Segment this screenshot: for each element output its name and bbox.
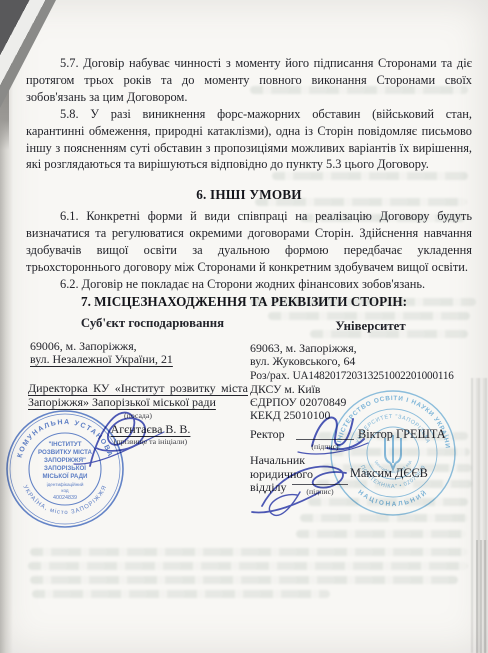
tryzub-icon xyxy=(385,435,401,469)
contract-body: 5.7. Договір набуває чинності з моменту … xyxy=(26,55,472,293)
clause-6-1: 6.1. Конкретні форми й види співпраці на… xyxy=(26,208,472,276)
svg-text:НАЦІОНАЛЬНИЙ: НАЦІОНАЛЬНИЙ xyxy=(357,487,430,508)
left-stamp-line5: МІСЬКОЇ РАДИ xyxy=(43,473,88,480)
right-stamp-ring-bottom: НАЦІОНАЛЬНИЙ xyxy=(357,487,430,508)
left-stamp-line2: РОЗВИТКУ МІСТА xyxy=(38,449,93,456)
right-address-line1: 69063, м. Запоріжжя, xyxy=(250,342,357,355)
section-6-heading: 6. ІНШІ УМОВИ xyxy=(26,187,472,203)
iban-value: UA148201720313251002201000116 xyxy=(293,370,454,382)
right-party-address: 69063, м. Запоріжжя, вул. Жуковського, 6… xyxy=(250,342,357,369)
section-7-heading: 7. МІСЦЕЗНАХОДЖЕННЯ ТА РЕКВІЗИТИ СТОРІН: xyxy=(0,294,488,310)
left-party-title: Суб'єкт господарювання xyxy=(55,316,250,331)
left-address-line1: 69006, м. Запоріжжя, xyxy=(30,340,173,353)
clause-5-7: 5.7. Договір набуває чинності з моменту … xyxy=(26,55,472,106)
kekd-code: КЕКД 25010100 xyxy=(250,409,330,422)
account-label: Роз/рах. xyxy=(250,369,290,382)
left-party-address: 69006, м. Запоріжжя, вул. Незалежної Укр… xyxy=(30,340,173,367)
rector-label: Ректор xyxy=(250,428,285,442)
municipal-institute-stamp: КОМУНАЛЬНА УСТАНОВА УКРАЇНА, місто ЗАПОР… xyxy=(2,406,128,532)
clause-5-8: 5.8. У разі виникнення форс-мажорних обс… xyxy=(26,106,472,174)
university-stamp: МІНІСТЕРСТВО ОСВІТИ І НАУКИ УКРАЇНИ НАЦІ… xyxy=(327,387,459,519)
clause-6-2: 6.2. Договір не покладає на Сторони жодн… xyxy=(26,276,472,293)
left-stamp-line3: ЗАПОРІЖЖЯ" xyxy=(44,457,86,464)
right-party-title: Університет xyxy=(288,319,453,334)
right-address-line2: вул. Жуковського, 64 xyxy=(250,355,357,368)
left-stamp-line6: ідентифікаційний xyxy=(47,481,84,487)
left-stamp-line7: код xyxy=(61,488,69,493)
left-stamp-code: 40024839 xyxy=(53,495,77,501)
left-stamp-line4: ЗАПОРІЗЬКОЇ xyxy=(44,465,86,472)
bank-account-row: Роз/рах. UA148201720313251002201000116 xyxy=(250,369,454,383)
bank-name: ДКСУ м. Київ xyxy=(250,383,320,396)
left-address-line2: вул. Незалежної України, 21 xyxy=(30,353,173,366)
scanned-contract-page: 5.7. Договір набуває чинності з моменту … xyxy=(0,0,488,653)
left-stamp-line1: "ІНСТИТУТ xyxy=(48,441,81,448)
